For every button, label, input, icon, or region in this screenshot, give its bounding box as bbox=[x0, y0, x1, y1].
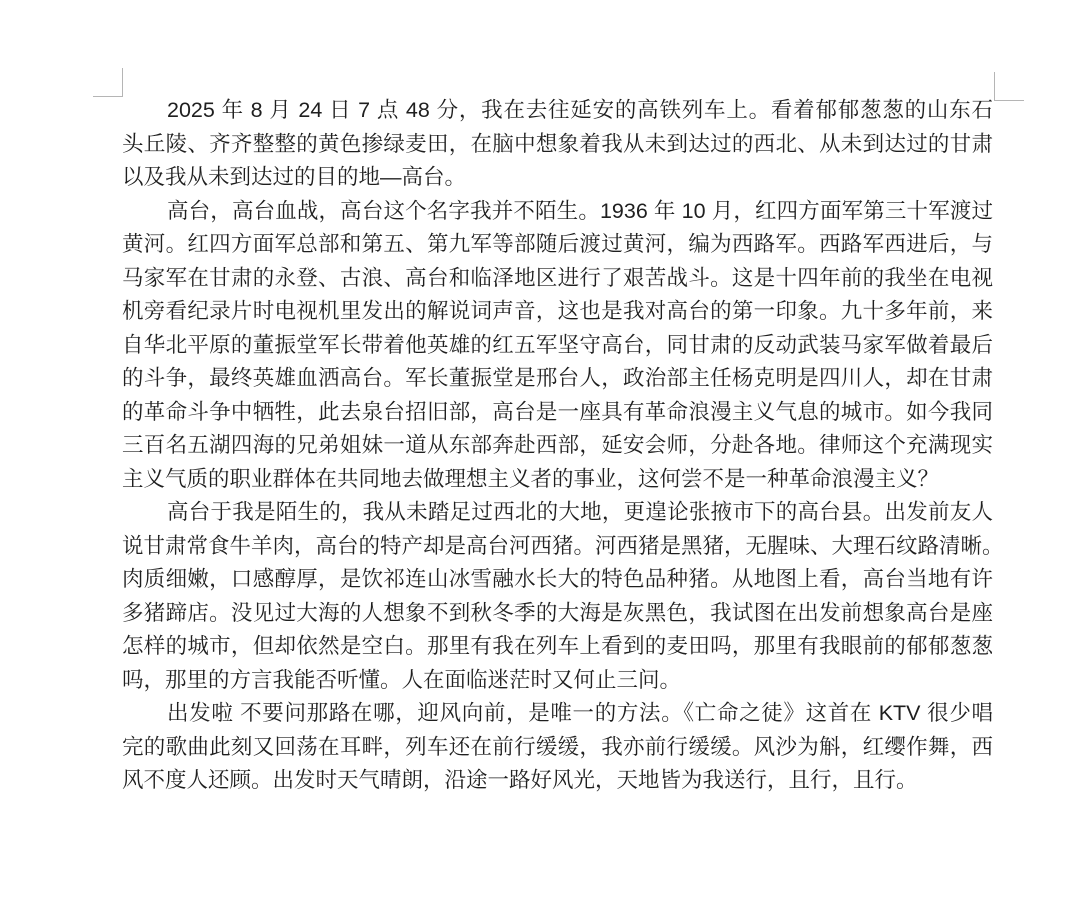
text-line[interactable]: 完的歌曲此刻又回荡在耳畔，列车还在前行缓缓，我亦前行缓缓。风沙为斛，红缨作舞，西 bbox=[122, 731, 993, 765]
text-line[interactable]: 高台于我是陌生的，我从未踏足过西北的大地，更遑论张掖市下的高台县。出发前友人 bbox=[122, 496, 993, 530]
text-line[interactable]: 的革命斗争中牺牲，此去泉台招旧部，高台是一座具有革命浪漫主义气息的城市。如今我同 bbox=[122, 396, 993, 430]
text-line[interactable]: 多猪蹄店。没见过大海的人想象不到秋冬季的大海是灰黑色，我试图在出发前想象高台是座 bbox=[122, 597, 993, 631]
text-line[interactable]: 黄河。红四方面军总部和第五、第九军等部随后渡过黄河，编为西路军。西路军西进后，与 bbox=[122, 228, 993, 262]
document-page: 2025 年 8 月 24 日 7 点 48 分，我在去往延安的高铁列车上。看着… bbox=[0, 0, 1080, 900]
paragraph: 高台，高台血战，高台这个名字我并不陌生。1936 年 10 月，红四方面军第三十… bbox=[122, 195, 993, 497]
text-line[interactable]: 三百名五湖四海的兄弟姐妹一道从东部奔赴西部，延安会师，分赴各地。律师这个充满现实 bbox=[122, 429, 993, 463]
text-line[interactable]: 马家军在甘肃的永登、古浪、高台和临泽地区进行了艰苦战斗。这是十四年前的我坐在电视 bbox=[122, 262, 993, 296]
text-line[interactable]: 风不度人还顾。出发时天气晴朗，沿途一路好风光，天地皆为我送行，且行，且行。 bbox=[122, 764, 993, 798]
text-boundary-mark-top-right bbox=[994, 72, 1024, 101]
text-line[interactable]: 出发啦 不要问那路在哪，迎风向前，是唯一的方法。《亡命之徒》这首在 KTV 很少… bbox=[122, 697, 993, 731]
paragraph: 出发啦 不要问那路在哪，迎风向前，是唯一的方法。《亡命之徒》这首在 KTV 很少… bbox=[122, 697, 993, 798]
text-line[interactable]: 2025 年 8 月 24 日 7 点 48 分，我在去往延安的高铁列车上。看着… bbox=[122, 94, 993, 128]
text-line[interactable]: 主义气质的职业群体在共同地去做理想主义者的事业，这何尝不是一种革命浪漫主义？ bbox=[122, 463, 993, 497]
text-line[interactable]: 以及我从未到达过的目的地—高台。 bbox=[122, 161, 993, 195]
text-line[interactable]: 的斗争，最终英雄血洒高台。军长董振堂是邢台人，政治部主任杨克明是四川人，却在甘肃 bbox=[122, 362, 993, 396]
text-line[interactable]: 怎样的城市，但却依然是空白。那里有我在列车上看到的麦田吗，那里有我眼前的郁郁葱葱 bbox=[122, 630, 993, 664]
text-line[interactable]: 自华北平原的董振堂军长带着他英雄的红五军坚守高台，同甘肃的反动武装马家军做着最后 bbox=[122, 329, 993, 363]
text-line[interactable]: 机旁看纪录片时电视机里发出的解说词声音，这也是我对高台的第一印象。九十多年前，来 bbox=[122, 295, 993, 329]
paragraph: 高台于我是陌生的，我从未踏足过西北的大地，更遑论张掖市下的高台县。出发前友人 说… bbox=[122, 496, 993, 697]
text-line[interactable]: 说甘肃常食牛羊肉，高台的特产却是高台河西猪。河西猪是黑猪，无腥味、大理石纹路清晰… bbox=[122, 530, 993, 564]
document-canvas[interactable]: 2025 年 8 月 24 日 7 点 48 分，我在去往延安的高铁列车上。看着… bbox=[122, 94, 993, 798]
text-boundary-mark-top-left bbox=[93, 68, 123, 97]
paragraph: 2025 年 8 月 24 日 7 点 48 分，我在去往延安的高铁列车上。看着… bbox=[122, 94, 993, 195]
text-line[interactable]: 高台，高台血战，高台这个名字我并不陌生。1936 年 10 月，红四方面军第三十… bbox=[122, 195, 993, 229]
text-line[interactable]: 吗，那里的方言我能否听懂。人在面临迷茫时又何止三问。 bbox=[122, 664, 993, 698]
text-line[interactable]: 头丘陵、齐齐整整的黄色掺绿麦田，在脑中想象着我从未到达过的西北、从未到达过的甘肃 bbox=[122, 128, 993, 162]
text-line[interactable]: 肉质细嫩，口感醇厚，是饮祁连山冰雪融水长大的特色品种猪。从地图上看，高台当地有许 bbox=[122, 563, 993, 597]
